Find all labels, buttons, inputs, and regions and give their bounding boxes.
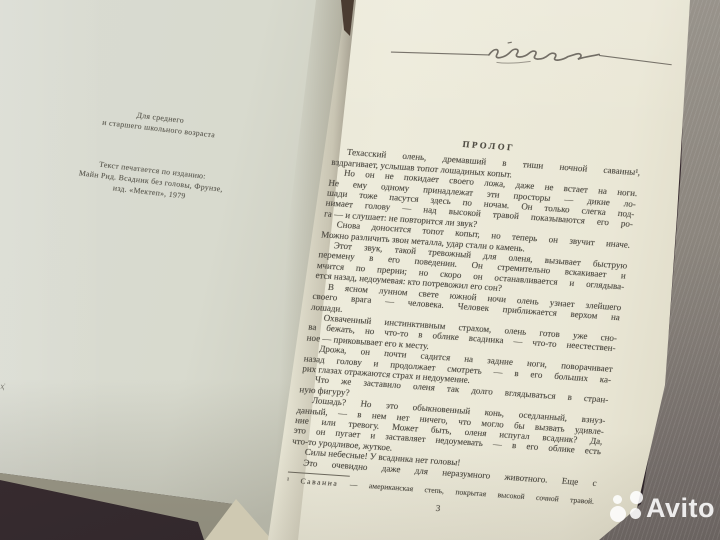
right-page-text: ПРОЛОГ Техасский олень, дремавший в тиши… [284,130,644,524]
book-photo-scene: Для среднегои старшего школьного возраст… [0,0,720,540]
footnote-marker: ¹ [286,475,301,485]
prologue-body: Техасский олень, дремавший в тиши ночной… [289,146,641,488]
avito-logo-icon [610,489,646,527]
avito-wordmark: Avito [646,489,715,527]
footnote-term: Саванна [300,476,339,488]
avito-watermark: Avito [610,484,720,532]
ink-smudge: ҳ̇ [0,383,10,395]
